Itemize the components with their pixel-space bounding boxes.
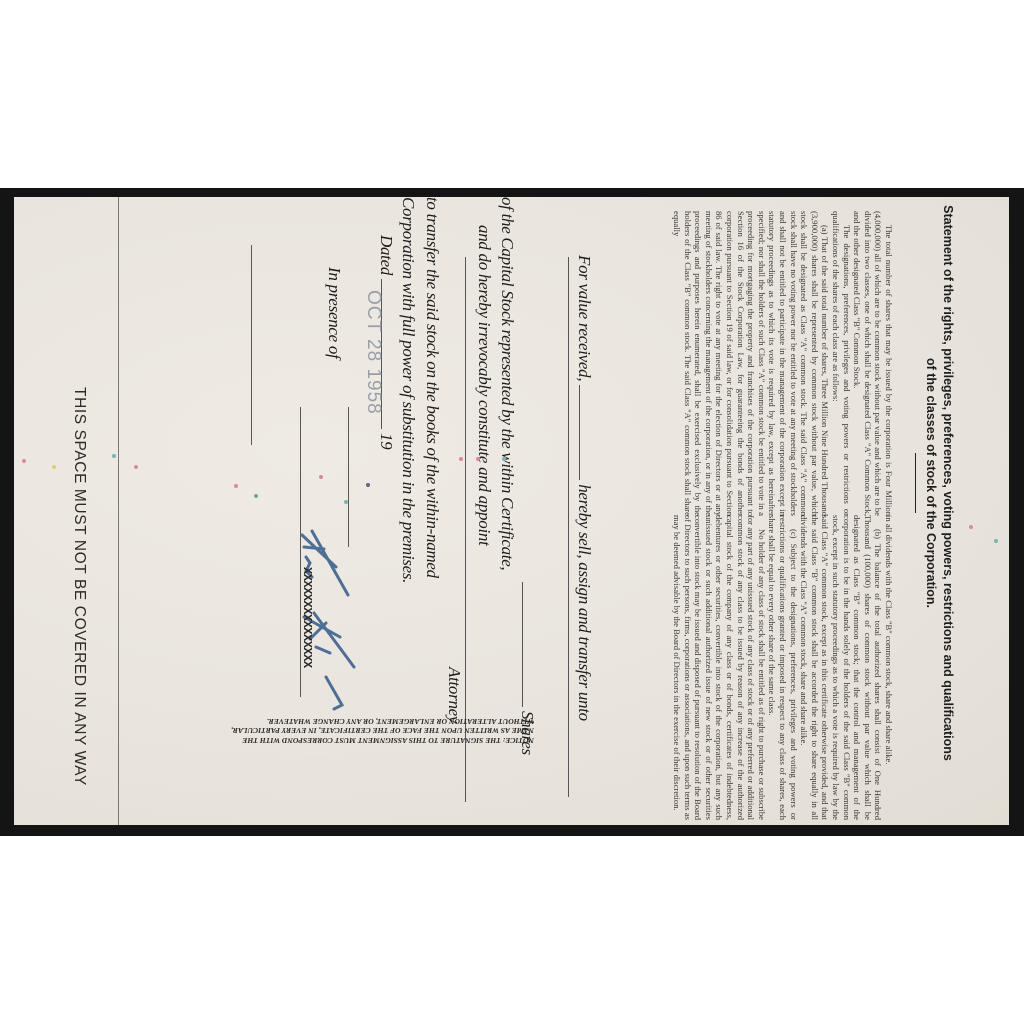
form-rule	[251, 245, 252, 445]
paper-fiber	[366, 483, 370, 487]
paper-fiber	[234, 484, 238, 488]
paragraph: (b) The balance of the total authorized …	[799, 515, 884, 820]
paper-fiber	[502, 457, 506, 461]
for-value-received: For value received,	[575, 255, 594, 381]
presence-label: In presence of	[324, 267, 344, 358]
statement-title-line2: of the classes of stock of the Corporati…	[922, 197, 939, 803]
notice-block: Notice: The signature to this assignment…	[231, 717, 534, 746]
assignment-line-7: Corporation with full power of substitut…	[398, 197, 418, 583]
certificate-back: THIS SPACE MUST NOT BE COVERED IN ANY WA…	[14, 197, 1009, 825]
paper-fiber	[52, 465, 56, 469]
witness-line[interactable]	[348, 407, 349, 547]
paper-fiber	[459, 457, 463, 461]
date-stamp: OCT 28 1958	[362, 290, 384, 415]
paragraph: in all dividends with the Class "B" comm…	[883, 515, 894, 820]
paragraph: No holder of any class of stock shall be…	[672, 515, 767, 820]
margin-divider	[118, 197, 119, 825]
attorney-label: Attorney	[444, 667, 464, 723]
margin-notice: THIS SPACE MUST NOT BE COVERED IN ANY WA…	[70, 387, 88, 786]
dated-label: Dated	[377, 235, 396, 275]
paper-fiber	[476, 457, 480, 461]
sell-assign-transfer: hereby sell, assign and transfer unto	[575, 484, 594, 721]
assignment-line-1: For value received, hereby sell, assign …	[574, 255, 594, 721]
title-rule	[915, 453, 916, 513]
statement-title-line1: Statement of the rights, privileges, pre…	[939, 197, 956, 803]
paper-fiber	[112, 454, 116, 458]
year-prefix: 19	[377, 433, 396, 449]
assignment-line-6: to transfer the said stock on the books …	[422, 197, 442, 578]
paper-fiber	[134, 465, 138, 469]
paper-fiber	[344, 500, 348, 504]
paper-fiber	[254, 494, 258, 498]
statement-column-2: in all dividends with the Class "B" comm…	[672, 515, 894, 820]
assignment-line-3: of the Capital Stock represented by the …	[497, 197, 517, 570]
paper-fiber	[22, 459, 26, 463]
paragraph: The designations, preferences, privilege…	[830, 211, 851, 516]
shares-count-field[interactable]	[522, 582, 523, 707]
statement-heading: Statement of the rights, privileges, pre…	[915, 197, 956, 803]
witness-crossout: XXXXXXXXXXXXXXX	[300, 567, 314, 668]
paragraph: (a) That of the said total number of sha…	[672, 211, 831, 516]
paragraph: The total number of shares that may be i…	[852, 211, 894, 516]
paper-fiber	[969, 525, 973, 529]
notice-line-2: name as written upon the face of the cer…	[231, 726, 534, 736]
paper-fiber	[994, 539, 998, 543]
notice-line-3: without alteration or enlargement, or an…	[231, 717, 534, 727]
paragraph: (c) Subject to the designations, prefere…	[767, 515, 799, 820]
notice-line-1: Notice: The signature to this assignment…	[231, 736, 534, 746]
paper-fiber	[319, 475, 323, 479]
transferee-line[interactable]	[568, 257, 569, 797]
assignment-line-4: and do hereby irrevocably constitute and…	[474, 225, 494, 546]
statement-column-1: The total number of shares that may be i…	[672, 211, 894, 516]
